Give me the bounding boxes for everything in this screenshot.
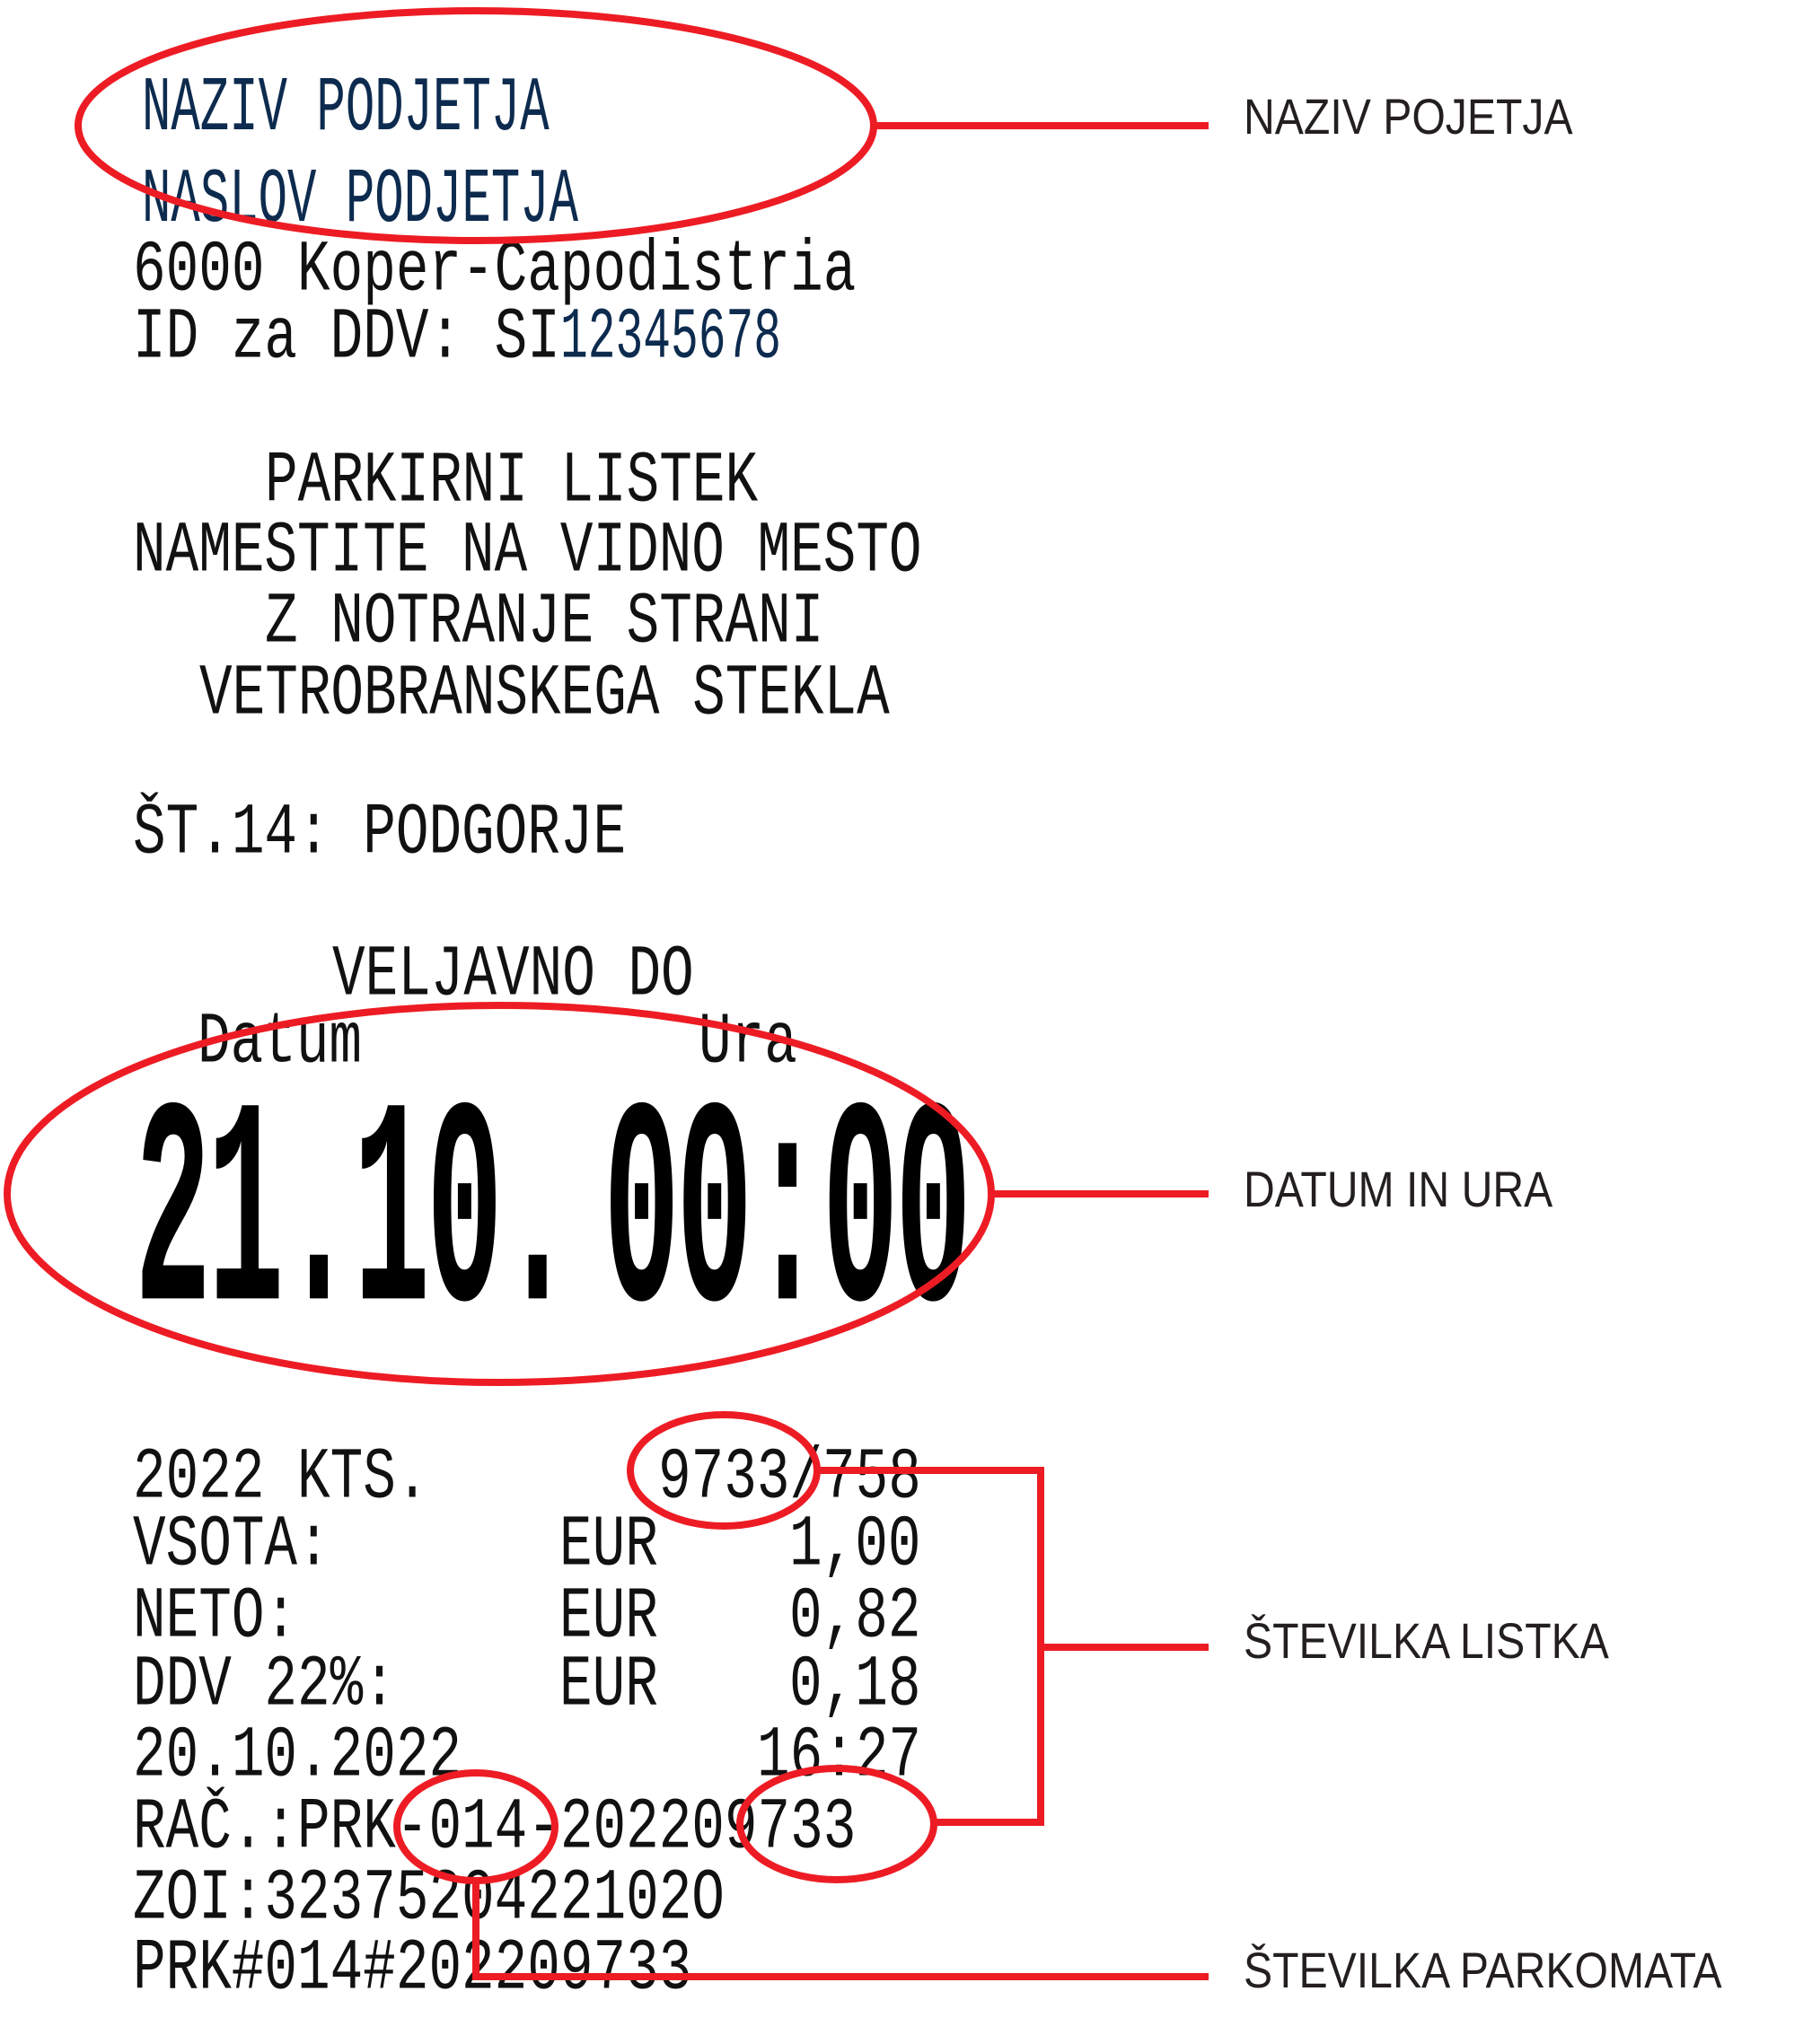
company-address: NASLOV PODJETJA [142,163,578,241]
company-city: 6000 Koper-Capodistria [133,235,856,308]
label-meter-number: ŠTEVILKA PARKOMATA [1244,1945,1722,1996]
label-date-time: DATUM IN URA [1244,1164,1552,1215]
invoice-number: RAČ.:PRK-014-202209733 [133,1793,856,1865]
line-left: 20.10.2022 [133,1721,462,1794]
line-right: 9733/758 [658,1443,921,1515]
zoi-code: ZOI:3237520422102O [133,1864,725,1936]
line-mid: EUR [559,1582,658,1654]
valid-until-label: VELJAVNO DO [332,940,694,1013]
receipt-annotation-figure: NAZIV PODJETJA NASLOV PODJETJA 6000 Kope… [0,0,1803,2044]
line-left: DDV 22%: [133,1650,396,1723]
instruction-line-3: VETROBRANSKEGA STEKLA [199,659,890,732]
ticket-title: PARKIRNI LISTEK [265,446,758,519]
line-right: 0,82 [789,1582,920,1654]
receipt-code: PRK#014#202209733 [133,1934,691,2006]
line-right: 1,00 [789,1510,920,1583]
valid-date: 21.10. [135,1075,572,1369]
valid-time: 00:00 [603,1075,968,1369]
vat-id-prefix: ID za DDV: SI [133,298,560,380]
instruction-line-1: NAMESTITE NA VIDNO MESTO [133,516,922,589]
line-left: 2022 KTS. [133,1443,428,1515]
company-name: NAZIV PODJETJA [142,72,550,149]
vat-id-number: 12345678 [560,303,781,375]
line-right: 0,18 [789,1650,920,1723]
line-left: NETO: [133,1582,297,1654]
line-right: 16:27 [757,1721,921,1794]
parking-location: ŠT.14: PODGORJE [133,798,626,871]
vat-id-line: ID za DDV: SI12345678 [133,303,823,375]
line-mid: EUR [559,1650,658,1723]
instruction-line-2: Z NOTRANJE STRANI [265,587,823,660]
label-ticket-number: ŠTEVILKA LISTKA [1244,1616,1609,1666]
line-left: VSOTA: [133,1510,330,1583]
label-company-name: NAZIV POJETJA [1244,92,1573,142]
line-mid: EUR [559,1510,658,1583]
